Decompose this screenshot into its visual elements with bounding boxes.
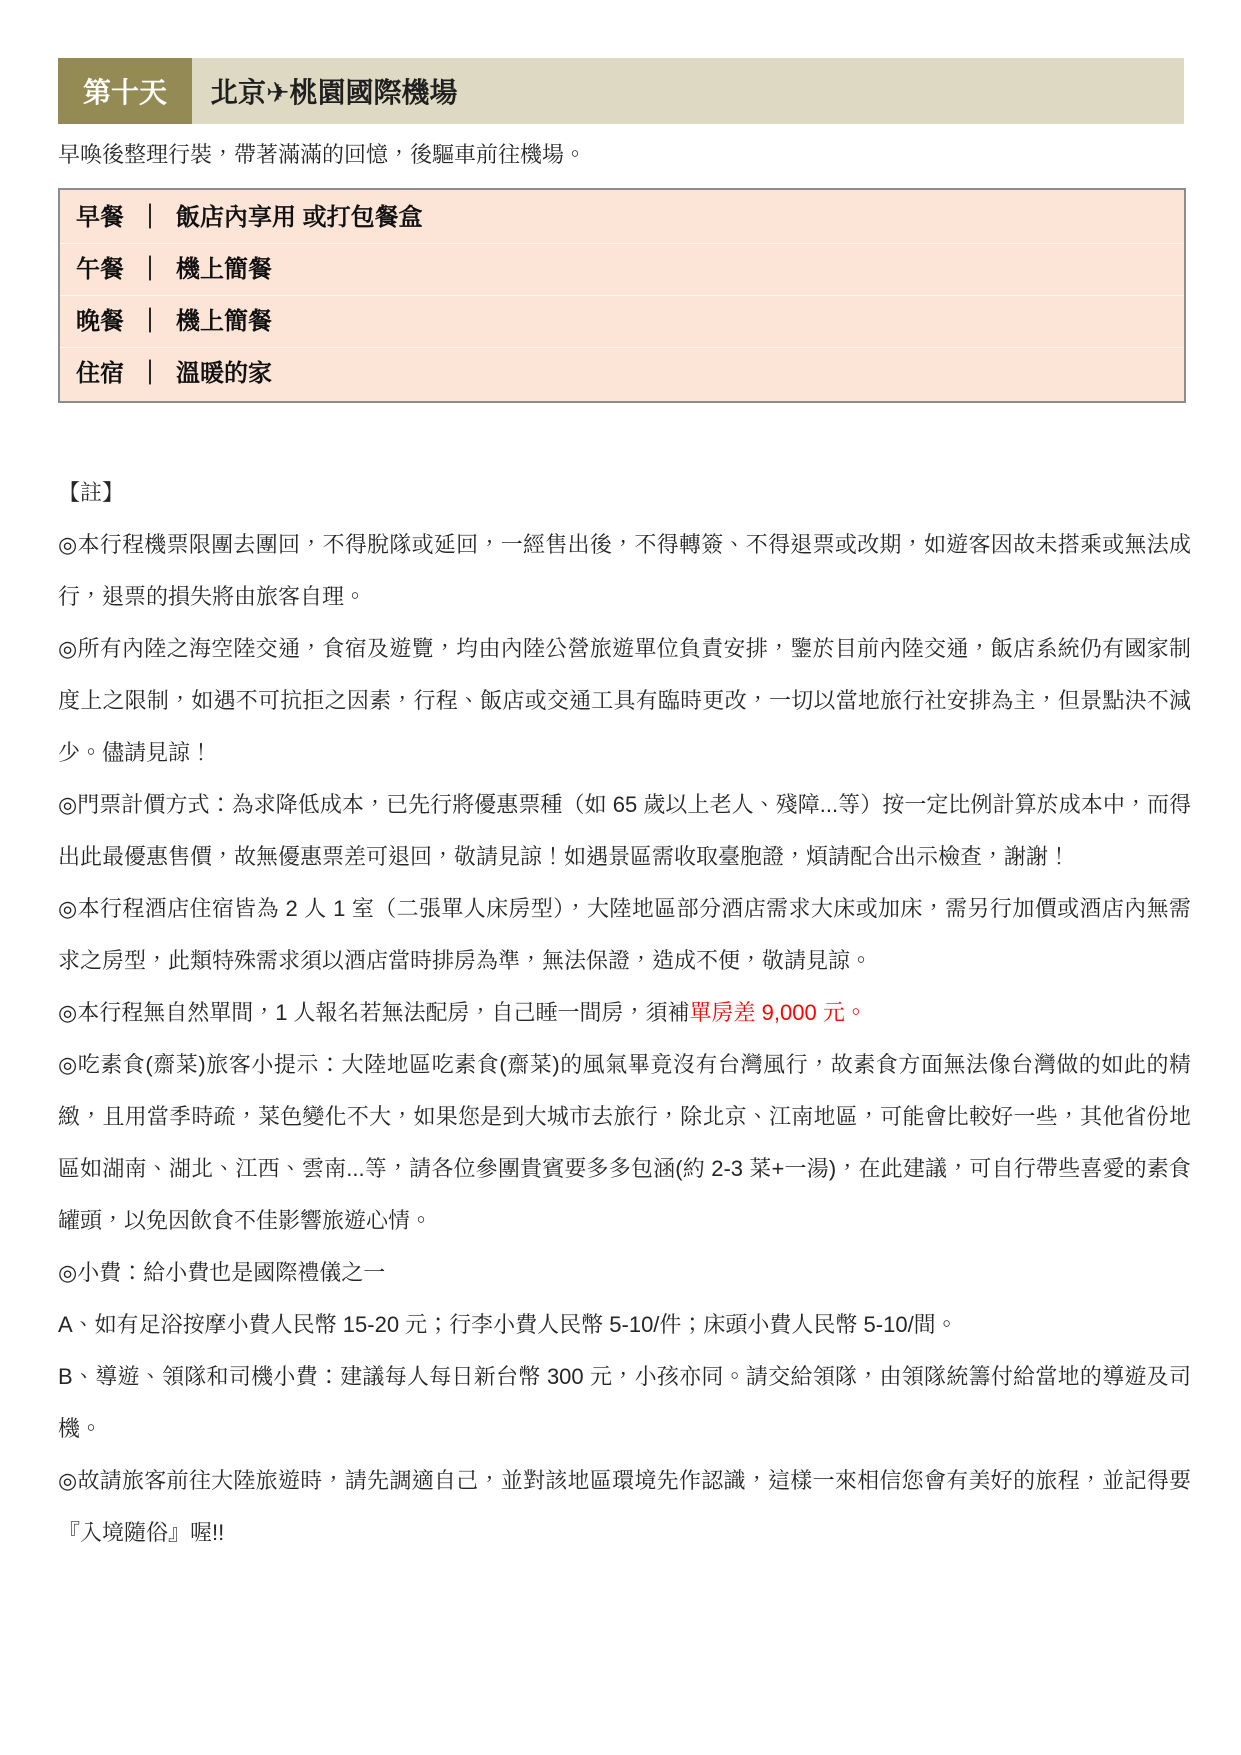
meal-value: 機上簡餐	[176, 308, 272, 335]
note-item-hotel-rooms: ◎本行程酒店住宿皆為 2 人 1 室（二張單人床房型），大陸地區部分酒店需求大床…	[58, 883, 1191, 987]
meal-row-breakfast: 早餐｜飯店內享用 或打包餐盒	[60, 192, 1184, 244]
day-title-bar: 北京✈桃園國際機場	[192, 58, 1184, 124]
single-room-surcharge: 單房差 9,000 元。	[690, 1000, 867, 1025]
note-item-single-room: ◎本行程無自然單間，1 人報名若無法配房，自己睡一間房，須補單房差 9,000 …	[58, 987, 1191, 1039]
notes-section: 【註】 ◎本行程機票限團去團回，不得脫隊或延回，一經售出後，不得轉簽、不得退票或…	[58, 467, 1191, 1559]
meal-accommodation-box: 早餐｜飯店內享用 或打包餐盒 午餐｜機上簡餐 晚餐｜機上簡餐 住宿｜溫暖的家	[58, 188, 1186, 403]
note-item-tipping-b: B、導遊、領隊和司機小費：建議每人每日新台幣 300 元，小孩亦同。請交給領隊，…	[58, 1351, 1191, 1455]
meal-separator: ｜	[138, 296, 162, 347]
meal-row-lunch: 午餐｜機上簡餐	[60, 244, 1184, 296]
meal-label: 午餐	[76, 256, 124, 283]
note-item-inland-transport: ◎所有內陸之海空陸交通，食宿及遊覽，均由內陸公營旅遊單位負責安排，鑒於目前內陸交…	[58, 623, 1191, 779]
note-item-closing-advice: ◎故請旅客前往大陸旅遊時，請先調適自己，並對該地區環境先作認識，這樣一來相信您會…	[58, 1455, 1191, 1559]
day-route-title: 北京✈桃園國際機場	[210, 71, 457, 111]
meal-value: 溫暖的家	[176, 360, 272, 387]
note-item-ticket-pricing: ◎門票計價方式：為求降低成本，已先行將優惠票種（如 65 歲以上老人、殘障...…	[58, 779, 1191, 883]
day-number-label: 第十天	[83, 71, 167, 111]
day-number-badge: 第十天	[58, 58, 192, 124]
meal-separator: ｜	[138, 348, 162, 399]
meal-row-accommodation: 住宿｜溫暖的家	[60, 348, 1184, 399]
meal-value: 機上簡餐	[176, 256, 272, 283]
meal-value: 飯店內享用 或打包餐盒	[176, 204, 423, 231]
meal-separator: ｜	[138, 244, 162, 295]
note-item-tipping-intro: ◎小費：給小費也是國際禮儀之一	[58, 1247, 1191, 1299]
intro-text: 早喚後整理行裝，帶著滿滿的回憶，後驅車前往機場。	[58, 134, 1188, 176]
single-room-text: ◎本行程無自然單間，1 人報名若無法配房，自己睡一間房，須補	[58, 1000, 690, 1025]
note-item-tipping-a: A、如有足浴按摩小費人民幣 15-20 元；行李小費人民幣 5-10/件；床頭小…	[58, 1299, 1191, 1351]
meal-label: 住宿	[76, 360, 124, 387]
notes-heading: 【註】	[58, 467, 1191, 519]
meal-row-dinner: 晚餐｜機上簡餐	[60, 296, 1184, 348]
meal-separator: ｜	[138, 192, 162, 243]
note-item-vegetarian: ◎吃素食(齋菜)旅客小提示：大陸地區吃素食(齋菜)的風氣畢竟沒有台灣風行，故素食…	[58, 1039, 1191, 1247]
meal-label: 早餐	[76, 204, 124, 231]
day-header: 第十天 北京✈桃園國際機場	[58, 58, 1184, 124]
meal-label: 晚餐	[76, 308, 124, 335]
note-item-flight-restriction: ◎本行程機票限團去團回，不得脫隊或延回，一經售出後，不得轉簽、不得退票或改期，如…	[58, 519, 1191, 623]
itinerary-page: 第十天 北京✈桃園國際機場 早喚後整理行裝，帶著滿滿的回憶，後驅車前往機場。 早…	[0, 0, 1241, 1599]
